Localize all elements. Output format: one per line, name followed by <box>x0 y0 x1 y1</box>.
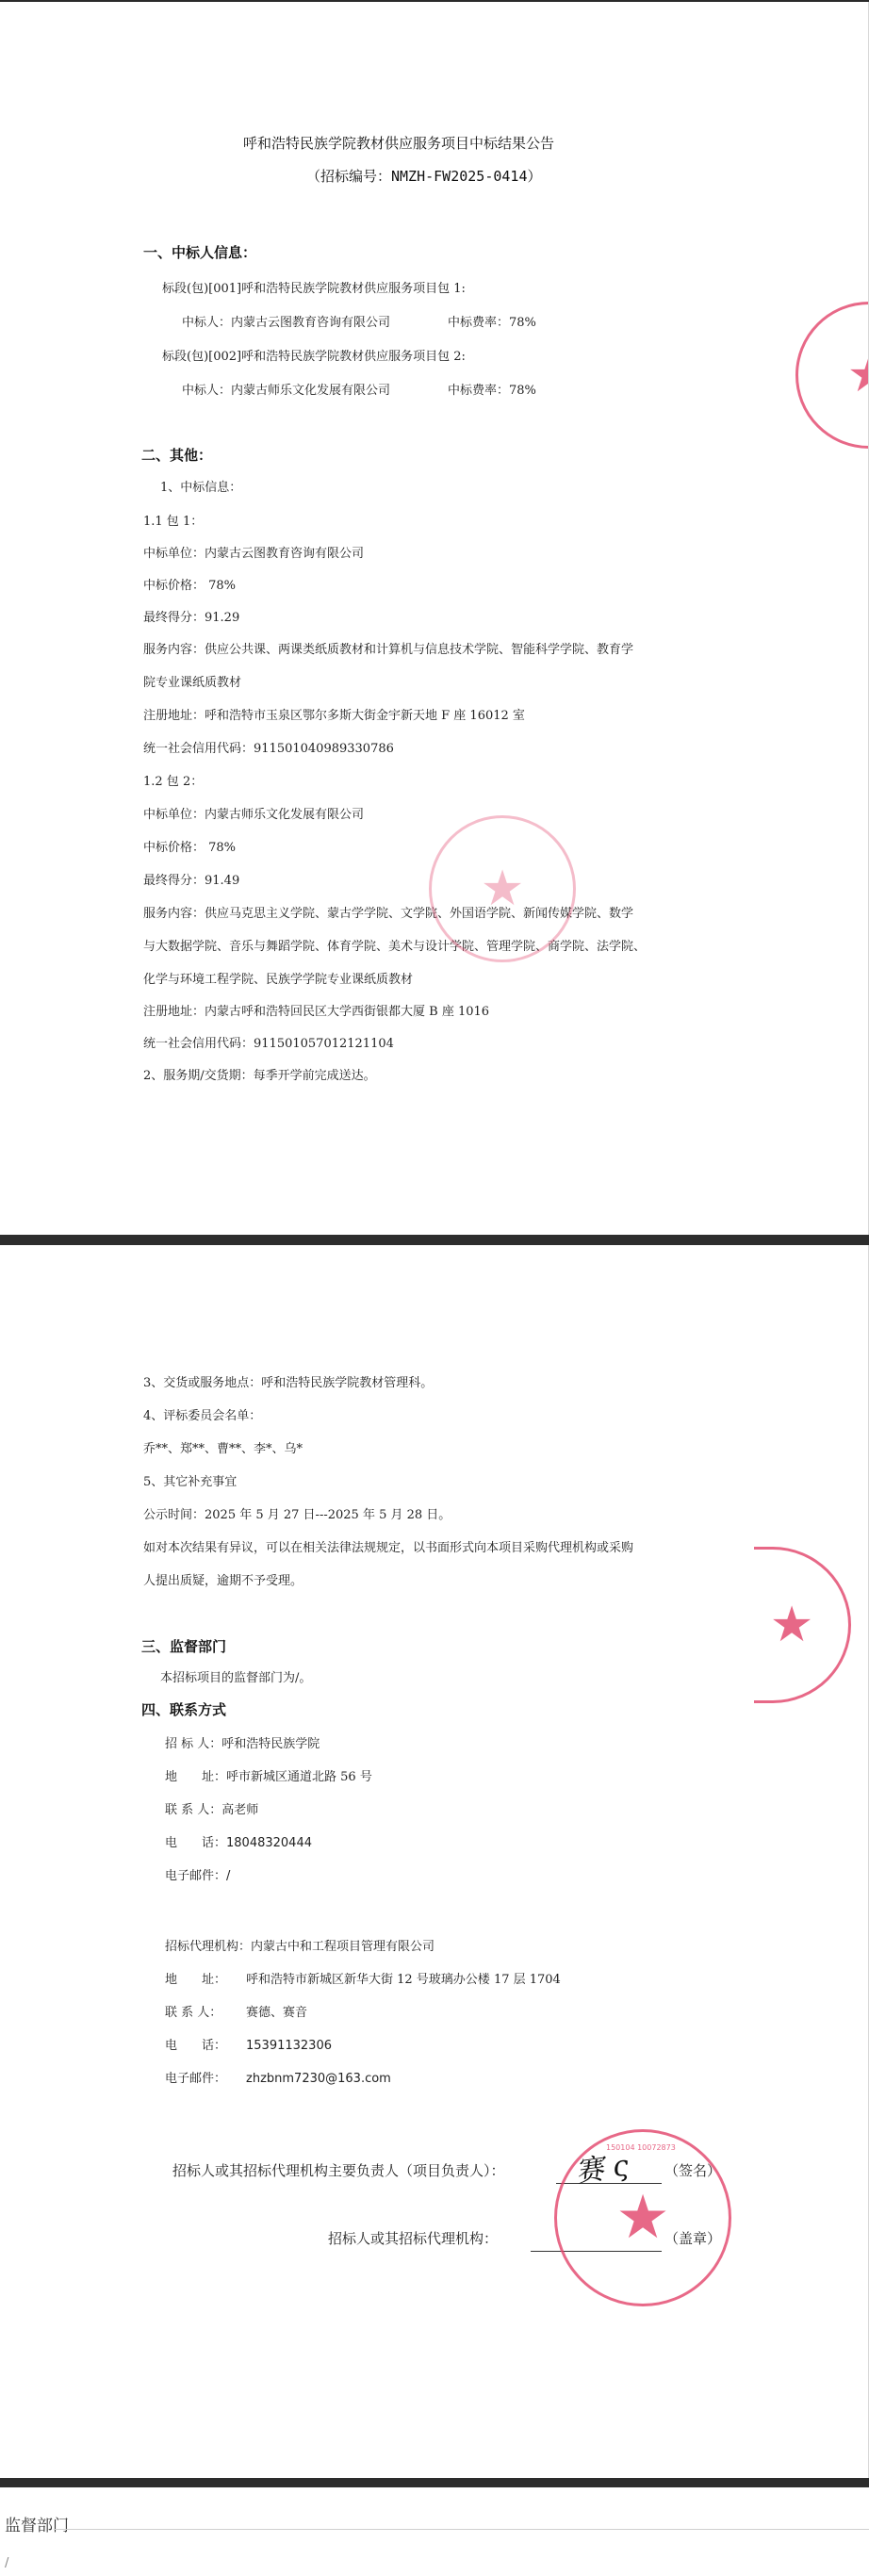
package-2-price: 中标价格： 78% <box>143 841 236 856</box>
tenderer-name-label: 招 标 人： <box>165 1737 221 1752</box>
package-1-price: 中标价格： 78% <box>143 579 236 594</box>
agency-phone-row: 电 话：15391132306 <box>165 2039 332 2054</box>
star-icon: ★ <box>847 351 869 400</box>
package-2-service-line-2: 与大数据学院、音乐与舞蹈学院、体育学院、美术与设计学院、管理学院、商学院、法学院… <box>143 940 646 955</box>
tenderer-name-row: 招 标 人：呼和浩特民族学院 <box>165 1737 320 1752</box>
package-2-service-line-3: 化学与环境工程学院、民族学学院专业课纸质教材 <box>143 973 413 988</box>
delivery-period: 2、服务期/交货期：每季开学前完成送达。 <box>143 1069 376 1084</box>
package-2-unit: 中标单位：内蒙古师乐文化发展有限公司 <box>143 808 364 823</box>
package-1-credit-code: 统一社会信用代码：911501040989330786 <box>143 742 394 757</box>
agency-seal-stamp: ★ 150104 10072873 <box>554 2129 731 2306</box>
supervision-text: 本招标项目的监督部门为/。 <box>160 1671 311 1686</box>
package-1-address: 注册地址：呼和浩特市玉泉区鄂尔多斯大街金宇新天地 F 座 16012 室 <box>143 709 525 724</box>
signature-line-2-label: 招标人或其招标代理机构： <box>328 2231 498 2246</box>
document-title: 呼和浩特民族学院教材供应服务项目中标结果公告 <box>243 136 554 151</box>
agency-address-label: 地 址： <box>165 1973 246 1988</box>
objection-line-2: 人提出质疑，逾期不予受理。 <box>143 1574 303 1589</box>
seal-code: 150104 10072873 <box>606 2143 676 2152</box>
supervision-section-title: 监督部门 <box>5 2512 69 2535</box>
star-icon: ★ <box>481 864 525 913</box>
tenderer-phone: 18048320444 <box>226 1836 312 1850</box>
package-1-score: 最终得分：91.29 <box>143 611 239 626</box>
lot-2-winner: 中标人：内蒙古师乐文化发展有限公司 <box>182 384 390 399</box>
document-page-2: 3、交货或服务地点：呼和浩特民族学院教材管理科。 4、评标委员会名单： 乔**、… <box>0 1245 869 2478</box>
tenderer-contact-label: 联 系 人： <box>165 1803 221 1818</box>
agency-phone-label: 电 话： <box>165 2039 246 2054</box>
lot-2-rate: 中标费率：78% <box>448 384 536 399</box>
tenderer-email-label: 电子邮件： <box>165 1869 226 1884</box>
agency-email-label: 电子邮件： <box>165 2072 246 2087</box>
half-seal-stamp: ★ <box>754 1547 851 1703</box>
delivery-location: 3、交货或服务地点：呼和浩特民族学院教材管理科。 <box>143 1376 433 1391</box>
agency-name: 招标代理机构：内蒙古中和工程项目管理有限公司 <box>165 1940 434 1955</box>
tenderer-contact-row: 联 系 人：高老师 <box>165 1803 258 1818</box>
supervision-value: / <box>5 2556 8 2570</box>
star-icon: ★ <box>615 2193 669 2242</box>
page-separator <box>0 1235 869 1245</box>
signature-line-1-label: 招标人或其招标代理机构主要负责人（项目负责人）： <box>172 2163 505 2178</box>
tenderer-email: / <box>226 1869 230 1883</box>
document-page-1: 呼和浩特民族学院教材供应服务项目中标结果公告 （招标编号：NMZH-FW2025… <box>0 2 869 1235</box>
tenderer-address-label: 地 址： <box>165 1770 226 1785</box>
section-2-heading: 二、其他： <box>141 448 212 463</box>
package-1-service-line-2: 院专业课纸质教材 <box>143 676 241 691</box>
agency-email[interactable]: zhzbnm7230@163.com <box>246 2072 391 2086</box>
supplementary-heading: 5、其它补充事宜 <box>143 1475 237 1490</box>
agency-contact: 赛德、赛音 <box>246 2006 307 2020</box>
package-1-service-line-1: 服务内容：供应公共课、两课类纸质教材和计算机与信息技术学院、智能科学学院、教育学 <box>143 643 633 658</box>
bid-info-heading: 1、中标信息： <box>160 481 241 496</box>
official-seal-stamp: ★ <box>795 302 869 449</box>
tenderer-email-row: 电子邮件：/ <box>165 1869 230 1884</box>
package-1-heading: 1.1 包 1： <box>143 515 203 530</box>
agency-address-row: 地 址：呼和浩特市新城区新华大街 12 号玻璃办公楼 17 层 1704 <box>165 1973 561 1988</box>
committee-heading: 4、评标委员会名单： <box>143 1409 261 1424</box>
tenderer-phone-row: 电 话：18048320444 <box>165 1836 312 1851</box>
package-2-credit-code: 统一社会信用代码：911501057012121104 <box>143 1037 394 1052</box>
objection-line-1: 如对本次结果有异议，可以在相关法律法规规定，以书面形式向本项目采购代理机构或采购 <box>143 1541 633 1556</box>
section-3-heading: 三、监督部门 <box>141 1639 226 1654</box>
agency-address: 呼和浩特市新城区新华大街 12 号玻璃办公楼 17 层 1704 <box>246 1973 561 1987</box>
section-4-heading: 四、联系方式 <box>141 1702 226 1717</box>
package-2-score: 最终得分：91.49 <box>143 874 239 889</box>
tender-number: （招标编号：NMZH-FW2025-0414） <box>306 169 542 184</box>
agency-phone: 15391132306 <box>246 2039 332 2053</box>
lot-1-label: 标段(包)[001]呼和浩特民族学院教材供应服务项目包 1: <box>162 282 466 297</box>
tenderer-phone-label: 电 话： <box>165 1836 226 1851</box>
star-icon: ★ <box>770 1600 814 1649</box>
tenderer-address: 呼市新城区通道北路 56 号 <box>226 1770 372 1784</box>
faint-seal-stamp: ★ <box>429 815 576 962</box>
section-divider <box>54 2529 869 2530</box>
lot-1-rate: 中标费率：78% <box>448 316 536 331</box>
package-1-unit: 中标单位：内蒙古云图教育咨询有限公司 <box>143 547 364 562</box>
package-2-address: 注册地址：内蒙古呼和浩特回民区大学西街银都大厦 B 座 1016 <box>143 1005 489 1020</box>
page-separator <box>0 2478 869 2487</box>
agency-email-row: 电子邮件：zhzbnm7230@163.com <box>165 2072 391 2087</box>
agency-contact-label: 联 系 人： <box>165 2006 246 2021</box>
tenderer-address-row: 地 址：呼市新城区通道北路 56 号 <box>165 1770 372 1785</box>
section-1-heading: 一、中标人信息： <box>143 245 256 260</box>
agency-contact-row: 联 系 人：赛德、赛音 <box>165 2006 307 2021</box>
lot-2-label: 标段(包)[002]呼和浩特民族学院教材供应服务项目包 2: <box>162 350 466 365</box>
committee-members: 乔**、郑**、曹**、李*、乌* <box>143 1442 303 1457</box>
package-2-heading: 1.2 包 2： <box>143 775 203 790</box>
lot-1-winner: 中标人：内蒙古云图教育咨询有限公司 <box>182 316 390 331</box>
tenderer-contact: 高老师 <box>221 1803 258 1817</box>
notice-period: 公示时间：2025 年 5 月 27 日---2025 年 5 月 28 日。 <box>143 1508 451 1523</box>
tenderer-name: 呼和浩特民族学院 <box>221 1737 320 1751</box>
